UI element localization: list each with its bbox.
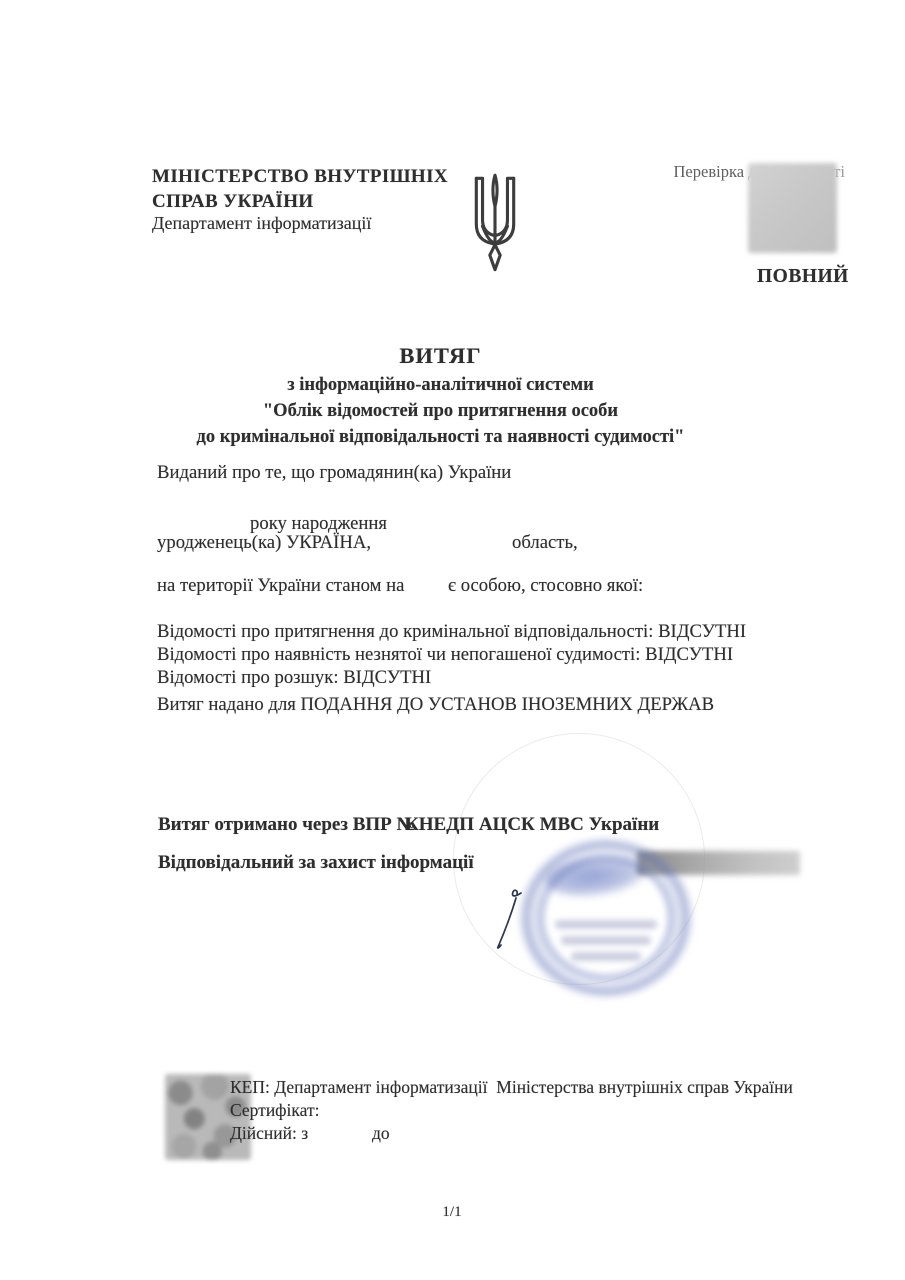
purpose-line: Витяг надано для ПОДАННЯ ДО УСТАНОВ ІНОЗ… [157,694,714,716]
extract-subtitle-line1: з інформаційно-аналітичної системи [0,375,881,396]
stamp-text-row [561,936,651,945]
page-number: 1/1 [402,1204,502,1221]
issued-line: Виданий про те, що громадянин(ка) Україн… [157,462,511,484]
round-stamp-icon [517,836,695,1000]
received-via-line: Витяг отримано через ВПР № [158,814,416,836]
extract-title: ВИТЯГ [0,343,881,369]
verification-qr-blurred [748,163,837,253]
record-line-wanted: Відомості про розшук: ВІДСУТНІ [157,667,431,689]
oblast-label: область, [512,532,578,554]
birthplace-line: уродженець(ка) УКРАЇНА, [157,532,371,554]
signature-stroke-icon [490,849,534,923]
ukraine-trident-emblem [468,136,522,240]
completeness-status: ПОВНИЙ [757,266,849,288]
responsible-line: Відповідальний за захист інформації [158,852,474,874]
document-page: МІНІСТЕРСТВО ВНУТРІШНІХ СПРАВ УКРАЇНИ Де… [0,0,905,1280]
validity-from-label: Дійсний: з [230,1123,308,1144]
record-line-criminal: Відомості про притягнення до кримінально… [157,621,746,643]
extract-subtitle-line2: "Облік відомостей про притягнення особи [0,401,881,422]
stamp-text-row [555,920,657,929]
verification-word1: Перевірка [674,162,745,181]
ministry-name-line2: СПРАВ УКРАЇНИ [152,191,314,213]
extract-subtitle-line3: до кримінальної відповідальності та наяв… [0,427,881,448]
territory-line: на території України станом на [157,575,404,597]
ministry-name-line1: МІНІСТЕРСТВО ВНУТРІШНІХ [152,166,448,188]
cert-authority-label: КНЕДП АЦСК МВС України [405,814,659,836]
certificate-label: Сертифікат: [230,1100,319,1121]
validity-to-label: до [372,1123,390,1144]
kep-line: КЕП: Департамент інформатизації Міністер… [230,1077,793,1098]
person-line: є особою, стосовно якої: [448,575,643,597]
department-name: Департамент інформатизації [152,213,371,234]
record-line-conviction: Відомості про наявність незнятої чи непо… [157,644,733,666]
stamp-text-row [571,952,641,961]
